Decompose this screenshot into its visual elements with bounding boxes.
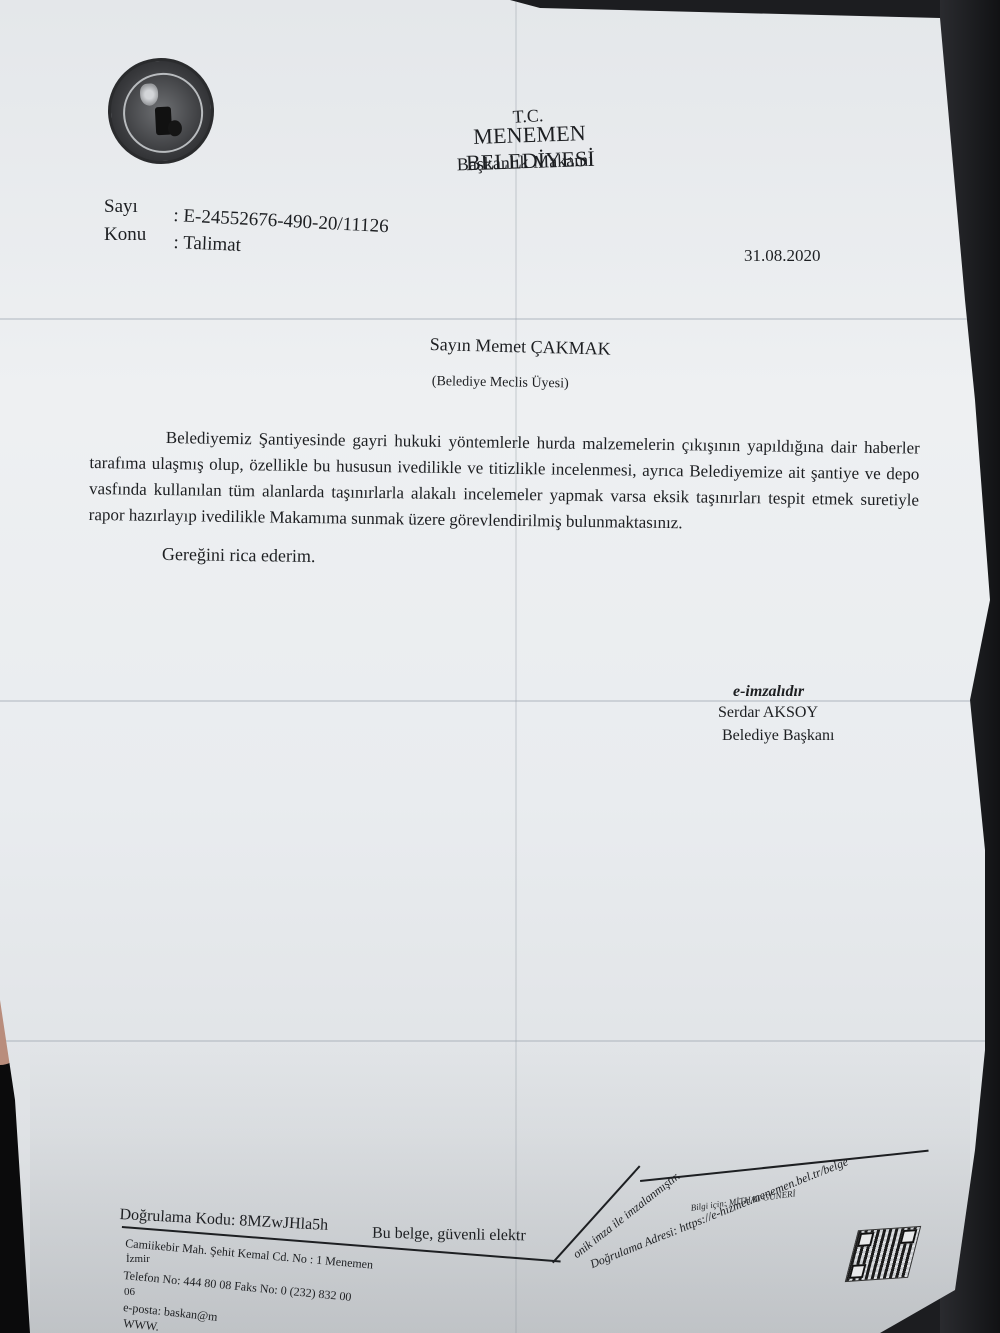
address-city: İzmir [126,1253,150,1265]
fold-line [0,700,1000,702]
addressee-name: Sayın Memet ÇAKMAK [429,334,610,360]
e-signed-label: e-imzalıdır [733,683,804,701]
signatory-title: Belediye Başkanı [722,727,834,745]
web-line: WWW. [122,1316,159,1333]
closing-line: Gereğini rica ederim. [162,544,316,567]
konu-value: : Talimat [173,232,241,257]
addressee-role: (Belediye Meclis Üyesi) [432,374,569,392]
signatory-name: Serdar AKSOY [718,704,818,722]
fold-line [0,318,1000,320]
document-paper: T.C. MENEMEN BELEDİYESİ Başkanlık Makamı… [0,0,1000,1333]
phone-fax-continued: 06 [124,1286,135,1298]
konu-label: Konu [104,224,146,246]
document-date: 31.08.2020 [744,246,821,266]
body-paragraph: Belediyemiz Şantiyesinde gayri hukuki yö… [89,424,920,540]
paper-shadow [30,1040,970,1333]
sayi-label: Sayı [104,196,138,218]
municipality-seal-icon [105,55,216,166]
e-signature-note: Bu belge, güvenli elektr [372,1225,526,1246]
